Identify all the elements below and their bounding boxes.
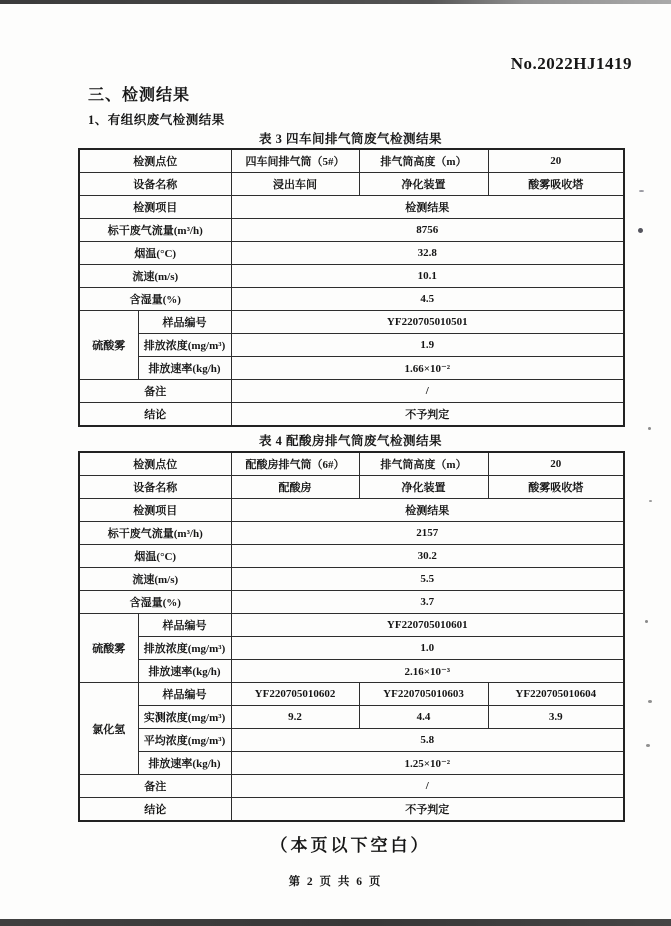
cell-value: 32.8 <box>231 242 624 265</box>
scan-artifact <box>648 427 651 430</box>
cell-label: 排放速率(kg/h) <box>138 660 231 683</box>
cell-label: 平均浓度(mg/m³) <box>138 729 231 752</box>
table-row: 排放速率(kg/h) 2.16×10⁻³ <box>79 660 624 683</box>
cell-value: 酸雾吸收塔 <box>488 173 624 196</box>
table-row: 检测点位 四车间排气筒（5#） 排气筒高度（m） 20 <box>79 149 624 173</box>
cell-value: / <box>231 775 624 798</box>
cell-label: 备注 <box>79 775 231 798</box>
cell-value: YF220705010601 <box>231 614 624 637</box>
subsection-title: 1、有组织废气检测结果 <box>88 110 225 128</box>
table3-workshop-exhaust: 检测点位 四车间排气筒（5#） 排气筒高度（m） 20 设备名称 浸出车间 净化… <box>78 148 625 427</box>
cell-value: 2157 <box>231 522 624 545</box>
table-row: 含湿量(%) 4.5 <box>79 288 624 311</box>
table4-caption: 表 4 配酸房排气筒废气检测结果 <box>78 431 623 449</box>
cell-value: 检测结果 <box>231 499 624 522</box>
scan-artifact <box>638 228 643 233</box>
cell-value: 3.9 <box>488 706 624 729</box>
scan-edge-top <box>0 0 671 4</box>
table-row: 结论 不予判定 <box>79 798 624 822</box>
cell-label: 样品编号 <box>138 683 231 706</box>
table3-caption: 表 3 四车间排气筒废气检测结果 <box>78 129 623 147</box>
table-row: 检测项目 检测结果 <box>79 196 624 219</box>
cell-value: YF220705010501 <box>231 311 624 334</box>
cell-value: 四车间排气筒（5#） <box>231 149 359 173</box>
cell-value: 20 <box>488 452 624 476</box>
table-row: 排放速率(kg/h) 1.66×10⁻² <box>79 357 624 380</box>
cell-label: 样品编号 <box>138 311 231 334</box>
cell-value: YF220705010602 <box>231 683 359 706</box>
blank-below-note: （本页以下空白） <box>78 831 623 856</box>
table-row: 结论 不予判定 <box>79 403 624 427</box>
cell-value: 10.1 <box>231 265 624 288</box>
table-row: 排放浓度(mg/m³) 1.9 <box>79 334 624 357</box>
cell-value: 浸出车间 <box>231 173 359 196</box>
cell-label: 净化装置 <box>359 476 488 499</box>
cell-label: 排气筒高度（m） <box>359 149 488 173</box>
group-label-cell: 氯化氢 <box>79 683 138 775</box>
table-row: 烟温(°C) 30.2 <box>79 545 624 568</box>
cell-value: 30.2 <box>231 545 624 568</box>
table4-acid-room-exhaust: 检测点位 配酸房排气筒（6#） 排气筒高度（m） 20 设备名称 配酸房 净化装… <box>78 451 625 822</box>
cell-label: 排放速率(kg/h) <box>138 357 231 380</box>
cell-label: 标干废气流量(m³/h) <box>79 219 231 242</box>
table-row: 排放浓度(mg/m³) 1.0 <box>79 637 624 660</box>
cell-value: 5.8 <box>231 729 624 752</box>
cell-value: 9.2 <box>231 706 359 729</box>
cell-value: 4.4 <box>359 706 488 729</box>
cell-label: 实测浓度(mg/m³) <box>138 706 231 729</box>
cell-label: 含湿量(%) <box>79 288 231 311</box>
cell-label: 流速(m/s) <box>79 568 231 591</box>
cell-label: 排放速率(kg/h) <box>138 752 231 775</box>
cell-value: 8756 <box>231 219 624 242</box>
scan-artifact <box>645 620 648 623</box>
cell-value: YF220705010604 <box>488 683 624 706</box>
scan-artifact <box>649 500 652 502</box>
cell-value: 3.7 <box>231 591 624 614</box>
table-row: 设备名称 浸出车间 净化装置 酸雾吸收塔 <box>79 173 624 196</box>
cell-label: 排放浓度(mg/m³) <box>138 334 231 357</box>
table-row: 检测点位 配酸房排气筒（6#） 排气筒高度（m） 20 <box>79 452 624 476</box>
cell-value: 1.66×10⁻² <box>231 357 624 380</box>
table-row: 标干废气流量(m³/h) 2157 <box>79 522 624 545</box>
cell-label: 净化装置 <box>359 173 488 196</box>
table-row: 实测浓度(mg/m³) 9.2 4.4 3.9 <box>79 706 624 729</box>
section-title: 三、检测结果 <box>88 82 190 105</box>
cell-label: 结论 <box>79 403 231 427</box>
table-row: 烟温(°C) 32.8 <box>79 242 624 265</box>
cell-value: 20 <box>488 149 624 173</box>
cell-label: 检测点位 <box>79 452 231 476</box>
cell-value: 5.5 <box>231 568 624 591</box>
table-row: 设备名称 配酸房 净化装置 酸雾吸收塔 <box>79 476 624 499</box>
cell-label: 排气筒高度（m） <box>359 452 488 476</box>
report-page: No.2022HJ1419 三、检测结果 1、有组织废气检测结果 表 3 四车间… <box>0 0 671 926</box>
scan-artifact <box>639 190 644 192</box>
cell-value: 不予判定 <box>231 798 624 822</box>
table-row: 含湿量(%) 3.7 <box>79 591 624 614</box>
cell-label: 样品编号 <box>138 614 231 637</box>
table-row: 硫酸雾 样品编号 YF220705010601 <box>79 614 624 637</box>
cell-value: 1.9 <box>231 334 624 357</box>
scan-artifact <box>648 700 652 703</box>
table-row: 流速(m/s) 10.1 <box>79 265 624 288</box>
cell-label: 设备名称 <box>79 173 231 196</box>
cell-value: 检测结果 <box>231 196 624 219</box>
cell-value: 不予判定 <box>231 403 624 427</box>
scan-artifact <box>646 744 650 747</box>
table-row: 备注 / <box>79 775 624 798</box>
cell-label: 烟温(°C) <box>79 545 231 568</box>
cell-value: 酸雾吸收塔 <box>488 476 624 499</box>
cell-label: 结论 <box>79 798 231 822</box>
cell-label: 烟温(°C) <box>79 242 231 265</box>
cell-value: 1.25×10⁻² <box>231 752 624 775</box>
report-number: No.2022HJ1419 <box>511 54 632 74</box>
cell-label: 流速(m/s) <box>79 265 231 288</box>
cell-label: 设备名称 <box>79 476 231 499</box>
group-label-cell: 硫酸雾 <box>79 614 138 683</box>
table-row: 备注 / <box>79 380 624 403</box>
cell-label: 检测点位 <box>79 149 231 173</box>
table-row: 检测项目 检测结果 <box>79 499 624 522</box>
table-row: 标干废气流量(m³/h) 8756 <box>79 219 624 242</box>
table-row: 平均浓度(mg/m³) 5.8 <box>79 729 624 752</box>
cell-value: YF220705010603 <box>359 683 488 706</box>
cell-label: 检测项目 <box>79 196 231 219</box>
scan-edge-bottom <box>0 919 671 926</box>
table-row: 氯化氢 样品编号 YF220705010602 YF220705010603 Y… <box>79 683 624 706</box>
cell-value: 2.16×10⁻³ <box>231 660 624 683</box>
table-row: 流速(m/s) 5.5 <box>79 568 624 591</box>
cell-label: 标干废气流量(m³/h) <box>79 522 231 545</box>
cell-label: 排放浓度(mg/m³) <box>138 637 231 660</box>
cell-label: 检测项目 <box>79 499 231 522</box>
table-row: 排放速率(kg/h) 1.25×10⁻² <box>79 752 624 775</box>
group-label-cell: 硫酸雾 <box>79 311 138 380</box>
cell-value: 1.0 <box>231 637 624 660</box>
cell-value: 4.5 <box>231 288 624 311</box>
cell-label: 备注 <box>79 380 231 403</box>
page-number-footer: 第 2 页 共 6 页 <box>0 873 671 889</box>
cell-label: 含湿量(%) <box>79 591 231 614</box>
cell-value: / <box>231 380 624 403</box>
table-row: 硫酸雾 样品编号 YF220705010501 <box>79 311 624 334</box>
cell-value: 配酸房 <box>231 476 359 499</box>
cell-value: 配酸房排气筒（6#） <box>231 452 359 476</box>
